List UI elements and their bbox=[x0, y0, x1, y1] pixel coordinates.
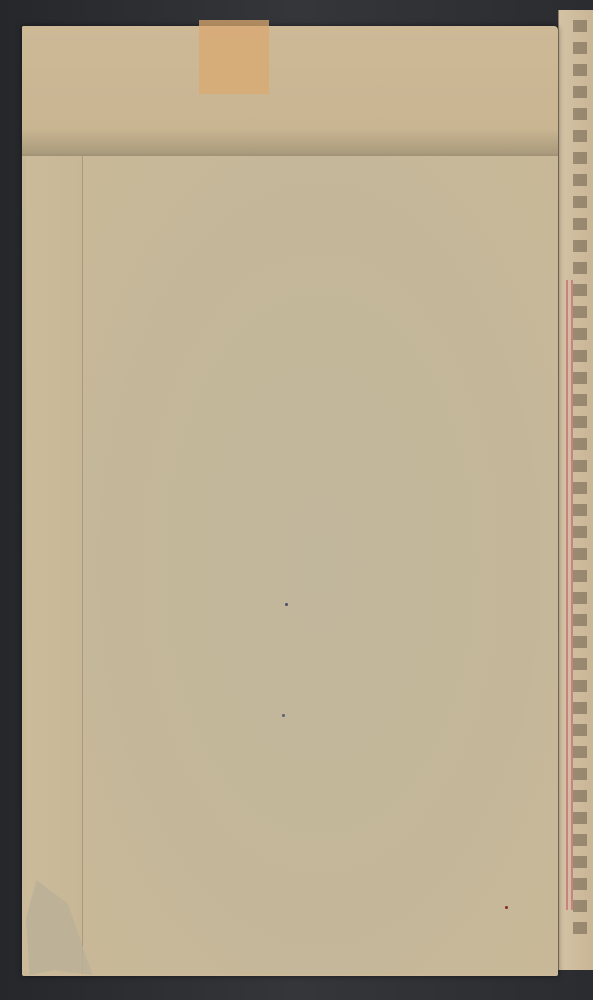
page-margin-strip bbox=[26, 154, 82, 974]
ink-speck bbox=[285, 603, 288, 606]
handwriting-trace bbox=[573, 20, 587, 940]
ink-speck bbox=[505, 906, 508, 909]
red-rule-line bbox=[571, 280, 573, 910]
folded-top-flap bbox=[22, 26, 558, 156]
ink-speck bbox=[282, 714, 285, 717]
blank-page-area bbox=[82, 154, 557, 974]
red-rule-line bbox=[566, 280, 568, 910]
orange-stamp-mark bbox=[199, 20, 269, 94]
adjacent-page-edge bbox=[558, 10, 593, 970]
